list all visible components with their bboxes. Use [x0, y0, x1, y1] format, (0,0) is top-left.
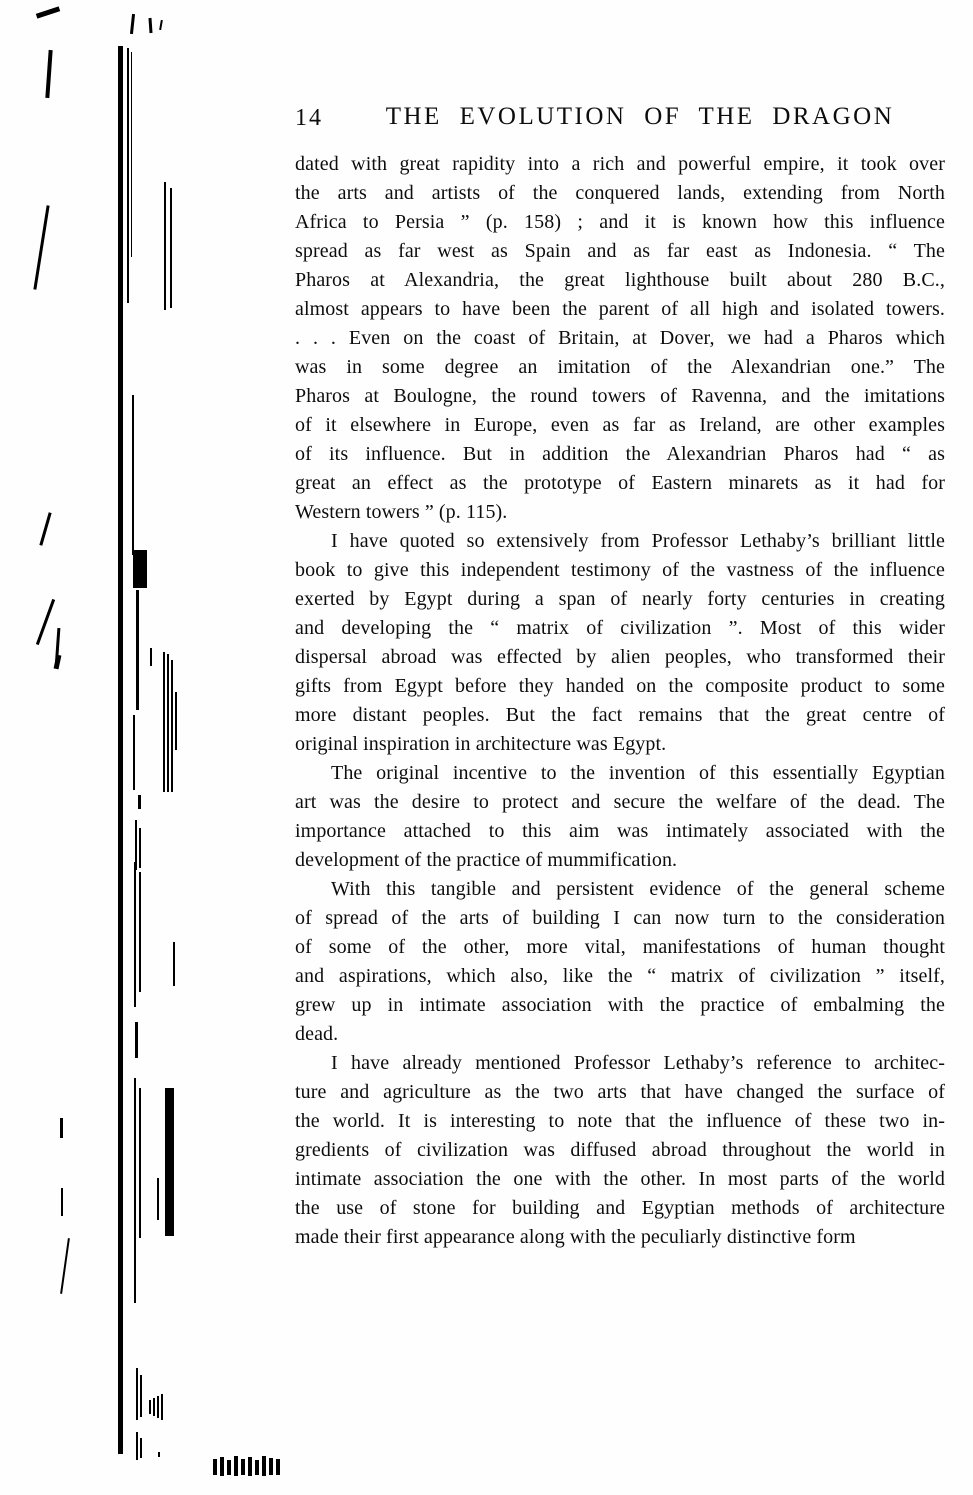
text-line: ture and agriculture as the two arts tha…: [295, 1078, 945, 1107]
scan-artifact: [138, 795, 141, 809]
text-line: gredients of civilization was diffused a…: [295, 1136, 945, 1165]
text-line: the use of stone for building and Egypti…: [295, 1194, 945, 1223]
text-line: almost appears to have been the parent o…: [295, 295, 945, 324]
text-line: I have quoted so extensively from Profes…: [295, 527, 945, 556]
scan-artifact: [163, 652, 165, 792]
scan-artifact: [118, 46, 123, 1454]
scan-artifact: [139, 872, 141, 992]
text-line: was in some degree an imitation of the A…: [295, 353, 945, 382]
scan-artifact: [36, 6, 60, 18]
scan-artifact: [130, 14, 135, 34]
scan-artifact-tick-cluster: [213, 1456, 285, 1480]
scan-artifact: [157, 1178, 159, 1220]
text-line: gifts from Egypt before they handed on t…: [295, 672, 945, 701]
scan-artifact: [139, 828, 141, 868]
scan-artifact: [61, 1188, 63, 1216]
scan-artifact: [159, 20, 163, 30]
scan-artifact: [149, 1400, 151, 1414]
scan-artifact: [140, 1375, 142, 1417]
scan-artifact: [60, 1118, 63, 1138]
text-line: of some of the other, more vital, manife…: [295, 933, 945, 962]
scan-artifact: [158, 1452, 160, 1457]
scan-artifact: [150, 648, 152, 666]
text-line: importance attached to this aim was inti…: [295, 817, 945, 846]
text-line: dated with great rapidity into a rich an…: [295, 150, 945, 179]
scan-artifact: [161, 1394, 163, 1420]
scan-artifact: [136, 1432, 138, 1460]
scan-artifact: [157, 1396, 159, 1418]
scan-artifact: [170, 188, 172, 308]
scan-artifact: [134, 862, 136, 1007]
scan-artifact: [33, 205, 49, 289]
scan-artifact: [135, 1022, 138, 1058]
text-line: development of the practice of mummifica…: [295, 846, 945, 875]
text-line: of spread of the arts of building I can …: [295, 904, 945, 933]
scan-artifact: [136, 1368, 138, 1420]
text-line: of it elsewhere in Europe, even as far a…: [295, 411, 945, 440]
scan-artifact: [132, 395, 134, 555]
text-line: Africa to Persia ” (p. 158) ; and it is …: [295, 208, 945, 237]
book-page: 14 THE EVOLUTION OF THE DRAGON dated wit…: [0, 0, 973, 1495]
text-line: dead.: [295, 1020, 945, 1049]
scan-artifact: [60, 1238, 70, 1294]
text-line: made their first appearance along with t…: [295, 1223, 945, 1252]
text-line: dispersal abroad was effected by alien p…: [295, 643, 945, 672]
scan-artifact: [175, 692, 177, 750]
scan-artifact: [164, 182, 166, 310]
scan-artifact: [140, 1438, 142, 1458]
text-line: The original incentive to the invention …: [295, 759, 945, 788]
page-number: 14: [295, 105, 323, 132]
page-header: 14 THE EVOLUTION OF THE DRAGON: [295, 103, 945, 137]
scan-artifact: [133, 715, 135, 790]
text-line: . . . Even on the coast of Britain, at D…: [295, 324, 945, 353]
text-line: the arts and artists of the conquered la…: [295, 179, 945, 208]
scan-artifact: [167, 654, 169, 792]
text-line: art was the desire to protect and secure…: [295, 788, 945, 817]
scan-artifact: [134, 1078, 136, 1303]
text-line: great an effect as the prototype of East…: [295, 469, 945, 498]
page-body: dated with great rapidity into a rich an…: [295, 150, 945, 1252]
text-line: Pharos at Boulogne, the round towers of …: [295, 382, 945, 411]
scan-artifact: [171, 660, 173, 792]
scan-artifact: [153, 1398, 155, 1416]
text-line: intimate association the one with the ot…: [295, 1165, 945, 1194]
text-line: book to give this independent testimony …: [295, 556, 945, 585]
text-line: With this tangible and persistent eviden…: [295, 875, 945, 904]
scan-artifact: [127, 48, 129, 303]
running-title: THE EVOLUTION OF THE DRAGON: [335, 103, 945, 131]
text-line: of its influence. But in addition the Al…: [295, 440, 945, 469]
text-line: the world. It is interesting to note tha…: [295, 1107, 945, 1136]
text-line: Western towers ” (p. 115).: [295, 498, 945, 527]
text-line: grew up in intimate association with the…: [295, 991, 945, 1020]
scan-artifact: [136, 590, 139, 710]
text-line: I have already mentioned Professor Letha…: [295, 1049, 945, 1078]
scan-artifact: [133, 550, 147, 588]
scan-artifact: [148, 18, 152, 33]
scan-artifact: [36, 599, 55, 645]
text-line: Pharos at Alexandria, the great lighthou…: [295, 266, 945, 295]
scan-artifact: [39, 512, 51, 546]
scan-artifact: [165, 1088, 174, 1236]
text-line: original inspiration in architecture was…: [295, 730, 945, 759]
text-line: and developing the “ matrix of civilizat…: [295, 614, 945, 643]
scan-artifact: [131, 52, 132, 257]
scan-artifact: [173, 942, 175, 986]
text-line: spread as far west as Spain and as far e…: [295, 237, 945, 266]
text-line: more distant peoples. But the fact remai…: [295, 701, 945, 730]
scan-artifact: [139, 1088, 141, 1238]
scan-artifact: [45, 50, 52, 98]
text-line: and aspirations, which also, like the “ …: [295, 962, 945, 991]
text-line: exerted by Egypt during a span of nearly…: [295, 585, 945, 614]
